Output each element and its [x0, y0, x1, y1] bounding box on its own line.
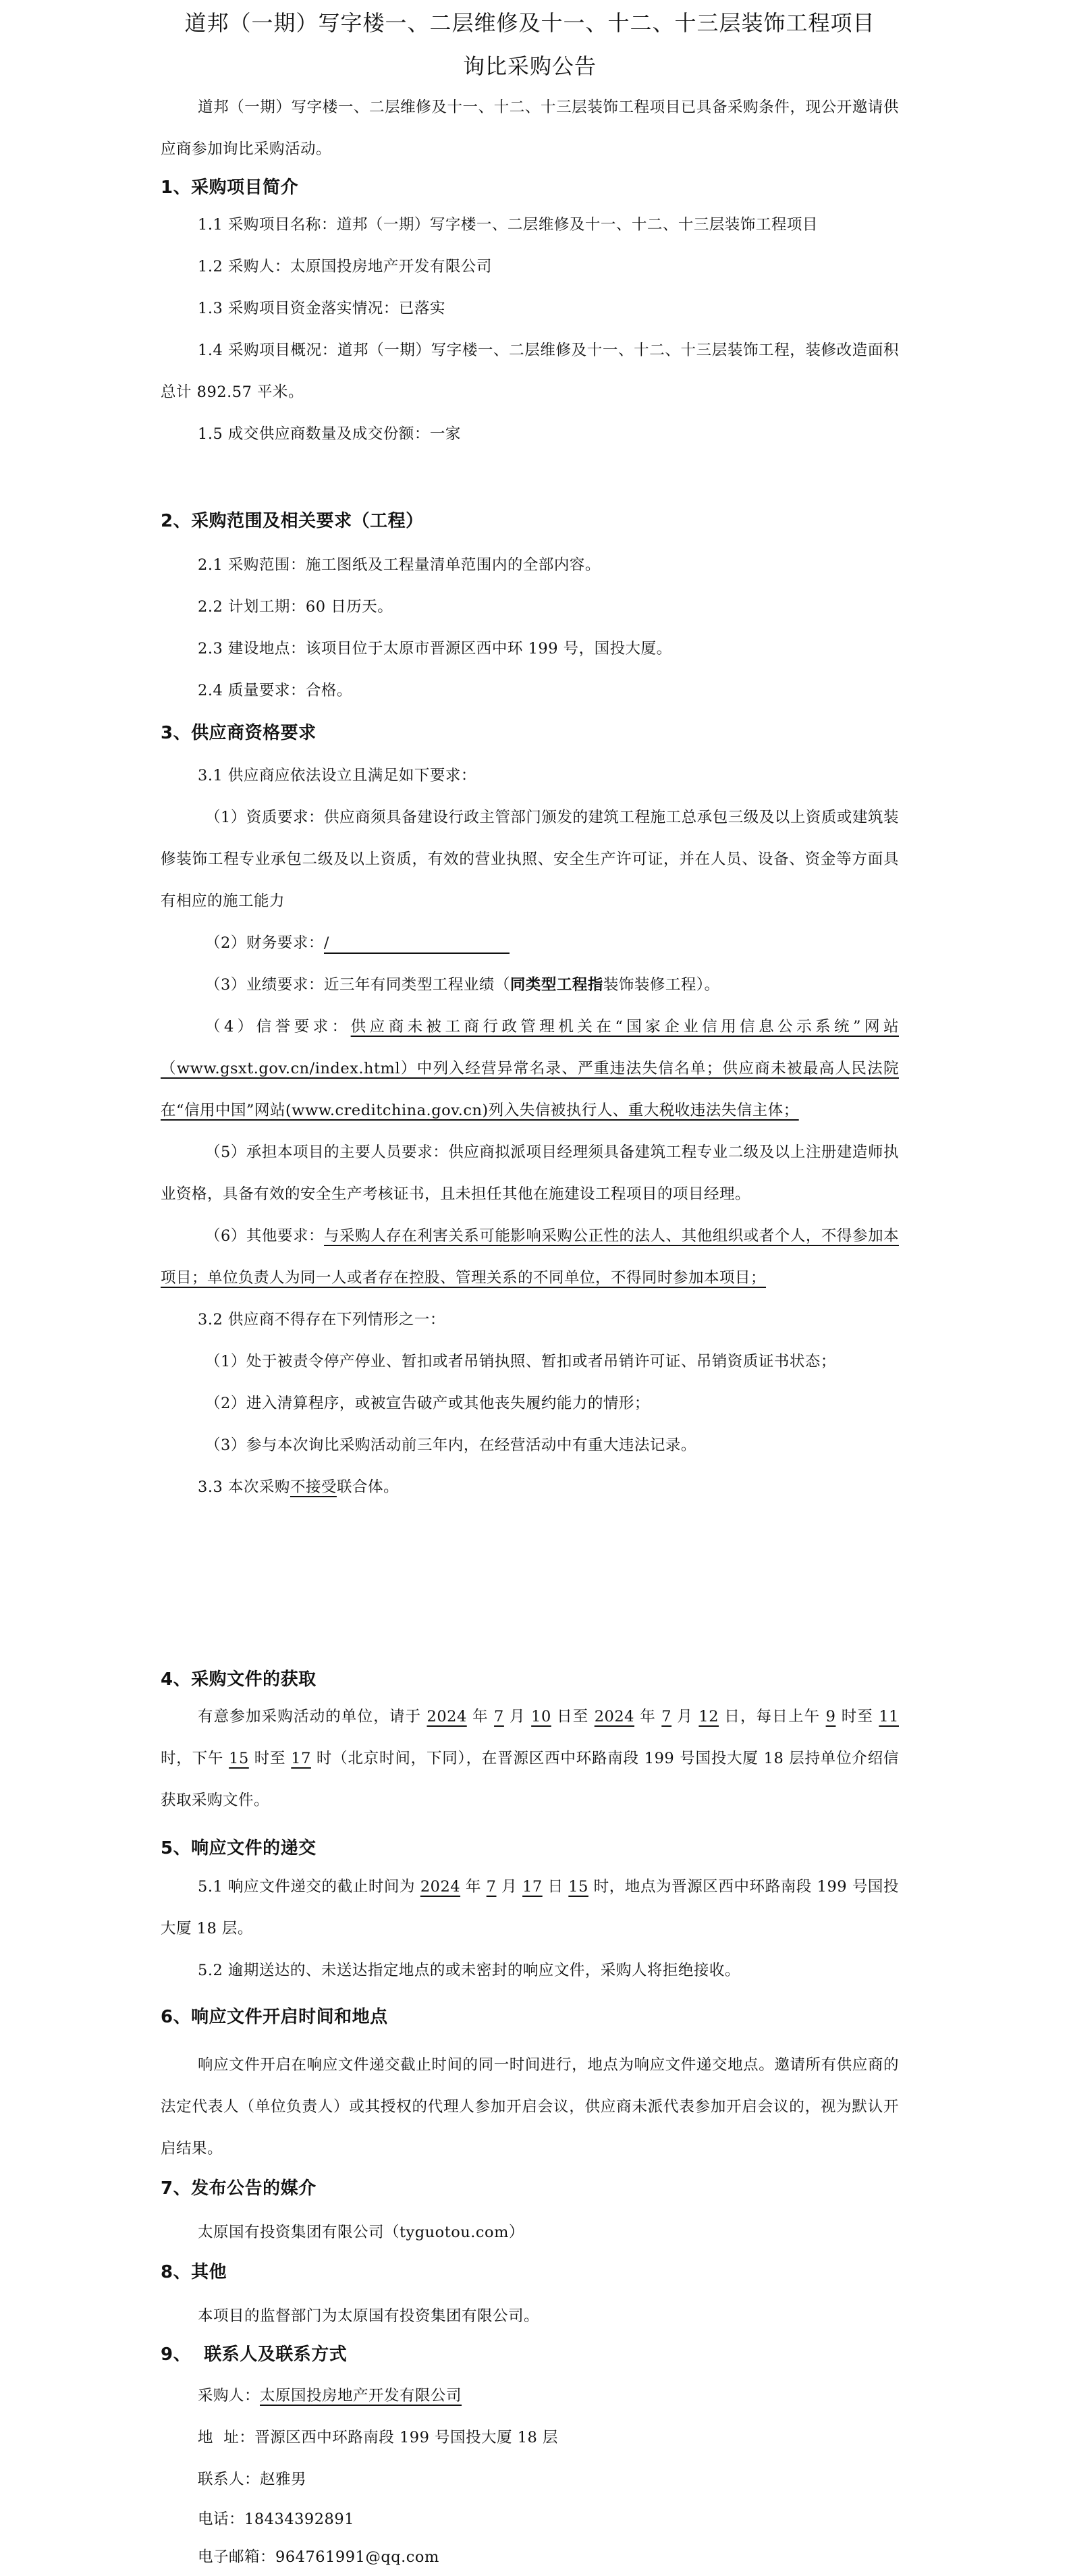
text: 月: [497, 1878, 523, 1896]
section-6-heading: 6、响应文件开启时间和地点: [161, 2004, 899, 2031]
requirement-qualification: （1）资质要求：供应商须具备建设行政主管部门颁发的建筑工程施工总承包三级及以上资…: [161, 797, 899, 922]
contact-person: 联系人：赵雅男: [161, 2459, 899, 2500]
document-acquisition-paragraph: 有意参加采购活动的单位，请于 2024 年 7 月 10 日至 2024 年 7…: [161, 1696, 899, 1821]
requirement-performance-suffix: 装饰装修工程）。: [603, 976, 720, 994]
section-5-heading: 5、响应文件的递交: [161, 1835, 899, 1862]
text: 月: [504, 1708, 531, 1725]
text: 5.1 响应文件递交的截止时间为: [198, 1878, 420, 1896]
item-1-4: 1.4 采购项目概况：道邦（一期）写字楼一、二层维修及十一、十二、十三层装饰工程…: [161, 329, 899, 413]
deadline-year: 2024: [420, 1878, 460, 1896]
intro-paragraph: 道邦（一期）写字楼一、二层维修及十一、十二、十三层装饰工程项目已具备采购条件，现…: [161, 86, 899, 170]
text: 年: [634, 1708, 661, 1725]
item-3-2: 3.2 供应商不得存在下列情形之一：: [161, 1299, 899, 1341]
requirement-other: （6）其他要求：与采购人存在利害关系可能影响采购公正性的法人、其他组织或者个人，…: [161, 1215, 899, 1299]
requirement-performance: （3）业绩要求：近三年有同类型工程业绩（同类型工程指装饰装修工程）。: [161, 964, 899, 1006]
contact-phone: 电话：18434392891: [161, 2500, 899, 2538]
opening-paragraph: 响应文件开启在响应文件递交截止时间的同一时间进行，地点为响应文件递交地点。邀请所…: [161, 2044, 899, 2170]
pm-end-hour: 17: [291, 1750, 311, 1767]
item-2-4: 2.4 质量要求：合格。: [161, 670, 899, 712]
section-8-heading: 8、其他: [161, 2259, 899, 2286]
end-year: 2024: [595, 1708, 634, 1725]
contact-address: 地 址：晋源区西中环路南段 199 号国投大厦 18 层: [161, 2417, 899, 2459]
contact-email[interactable]: 电子邮箱：964761991@qq.com: [161, 2538, 899, 2576]
item-3-3: 3.3 本次采购不接受联合体。: [161, 1466, 899, 1508]
start-year: 2024: [427, 1708, 467, 1725]
requirement-performance-prefix: （3）业绩要求：近三年有同类型工程业绩（: [205, 976, 510, 994]
requirement-credit-label: （4）信誉要求：: [205, 1018, 351, 1036]
item-3-3-prefix: 3.3 本次采购: [198, 1478, 290, 1496]
item-3-3-underlined: 不接受: [290, 1478, 337, 1496]
exclusion-2: （2）进入清算程序，或被宣告破产或其他丧失履约能力的情形；: [161, 1383, 899, 1424]
pm-start-hour: 15: [229, 1750, 249, 1767]
text: 时至: [249, 1750, 292, 1767]
text: 月: [671, 1708, 698, 1725]
section-1-heading: 1、采购项目简介: [161, 174, 899, 201]
deadline-month: 7: [487, 1878, 497, 1896]
item-1-3: 1.3 采购项目资金落实情况：已落实: [161, 288, 899, 329]
item-2-1: 2.1 采购范围：施工图纸及工程量清单范围内的全部内容。: [161, 544, 899, 586]
requirement-performance-bold: 同类型工程指: [510, 976, 603, 994]
section-4-heading: 4、采购文件的获取: [161, 1666, 899, 1693]
exclusion-3: （3）参与本次询比采购活动前三年内，在经营活动中有重大违法记录。: [161, 1424, 899, 1466]
exclusion-1: （1）处于被责令停产停业、暂扣或者吊销执照、暂扣或者吊销许可证、吊销资质证书状态…: [161, 1341, 899, 1383]
text: 年: [467, 1708, 494, 1725]
requirement-financial-blank: /: [324, 934, 510, 954]
am-end-hour: 11: [879, 1708, 899, 1725]
purchaser-label: 采购人：: [198, 2387, 260, 2405]
requirement-credit: （4）信誉要求：供应商未被工商行政管理机关在“国家企业信用信息公示系统”网站（w…: [161, 1006, 899, 1131]
item-2-2: 2.2 计划工期：60 日历天。: [161, 586, 899, 628]
section-3-heading: 3、供应商资格要求: [161, 720, 899, 747]
section-7-heading: 7、发布公告的媒介: [161, 2175, 899, 2202]
item-5-2: 5.2 逾期送达的、未送达指定地点的或未密封的响应文件，采购人将拒绝接收。: [161, 1950, 899, 1991]
item-5-1: 5.1 响应文件递交的截止时间为 2024 年 7 月 17 日 15 时，地点…: [161, 1866, 899, 1950]
document-title: 道邦（一期）写字楼一、二层维修及十一、十二、十三层装饰工程项目: [161, 9, 899, 36]
requirement-personnel: （5）承担本项目的主要人员要求：供应商拟派项目经理须具备建筑工程专业二级及以上注…: [161, 1131, 899, 1215]
item-1-1: 1.1 采购项目名称：道邦（一期）写字楼一、二层维修及十一、十二、十三层装饰工程…: [161, 204, 899, 246]
contact-purchaser: 采购人：太原国投房地产开发有限公司: [161, 2375, 899, 2417]
end-day: 12: [698, 1708, 719, 1725]
item-1-2: 1.2 采购人：太原国投房地产开发有限公司: [161, 246, 899, 288]
start-day: 10: [531, 1708, 551, 1725]
requirement-financial-label: （2）财务要求：: [205, 934, 324, 952]
text: 日至: [551, 1708, 595, 1725]
start-month: 7: [494, 1708, 504, 1725]
item-1-5: 1.5 成交供应商数量及成交份额：一家: [161, 413, 899, 455]
deadline-day: 17: [522, 1878, 543, 1896]
section-2-heading: 2、采购范围及相关要求（工程）: [161, 508, 899, 535]
item-2-3: 2.3 建设地点：该项目位于太原市晋源区西中环 199 号，国投大厦。: [161, 628, 899, 670]
text: 日，每日上午: [719, 1708, 826, 1725]
requirement-financial: （2）财务要求：/: [161, 922, 899, 964]
text: 时，下午: [161, 1750, 229, 1767]
item-3-1: 3.1 供应商应依法设立且满足如下要求：: [161, 755, 899, 797]
item-3-3-suffix: 联合体。: [337, 1478, 399, 1496]
purchaser-name: 太原国投房地产开发有限公司: [260, 2387, 462, 2405]
section-9-heading: 9、 联系人及联系方式: [161, 2341, 899, 2368]
text: 有意参加采购活动的单位，请于: [198, 1708, 427, 1725]
text: 时至: [835, 1708, 879, 1725]
text: 日: [543, 1878, 569, 1896]
end-month: 7: [661, 1708, 671, 1725]
publication-media: 太原国有投资集团有限公司（tyguotou.com）: [161, 2211, 899, 2253]
text: 年: [460, 1878, 487, 1896]
supervision-text: 本项目的监督部门为太原国有投资集团有限公司。: [161, 2295, 899, 2337]
am-start-hour: 9: [826, 1708, 836, 1725]
requirement-other-label: （6）其他要求：: [205, 1227, 324, 1245]
document-subtitle: 询比采购公告: [161, 53, 899, 80]
deadline-hour: 15: [568, 1878, 588, 1896]
